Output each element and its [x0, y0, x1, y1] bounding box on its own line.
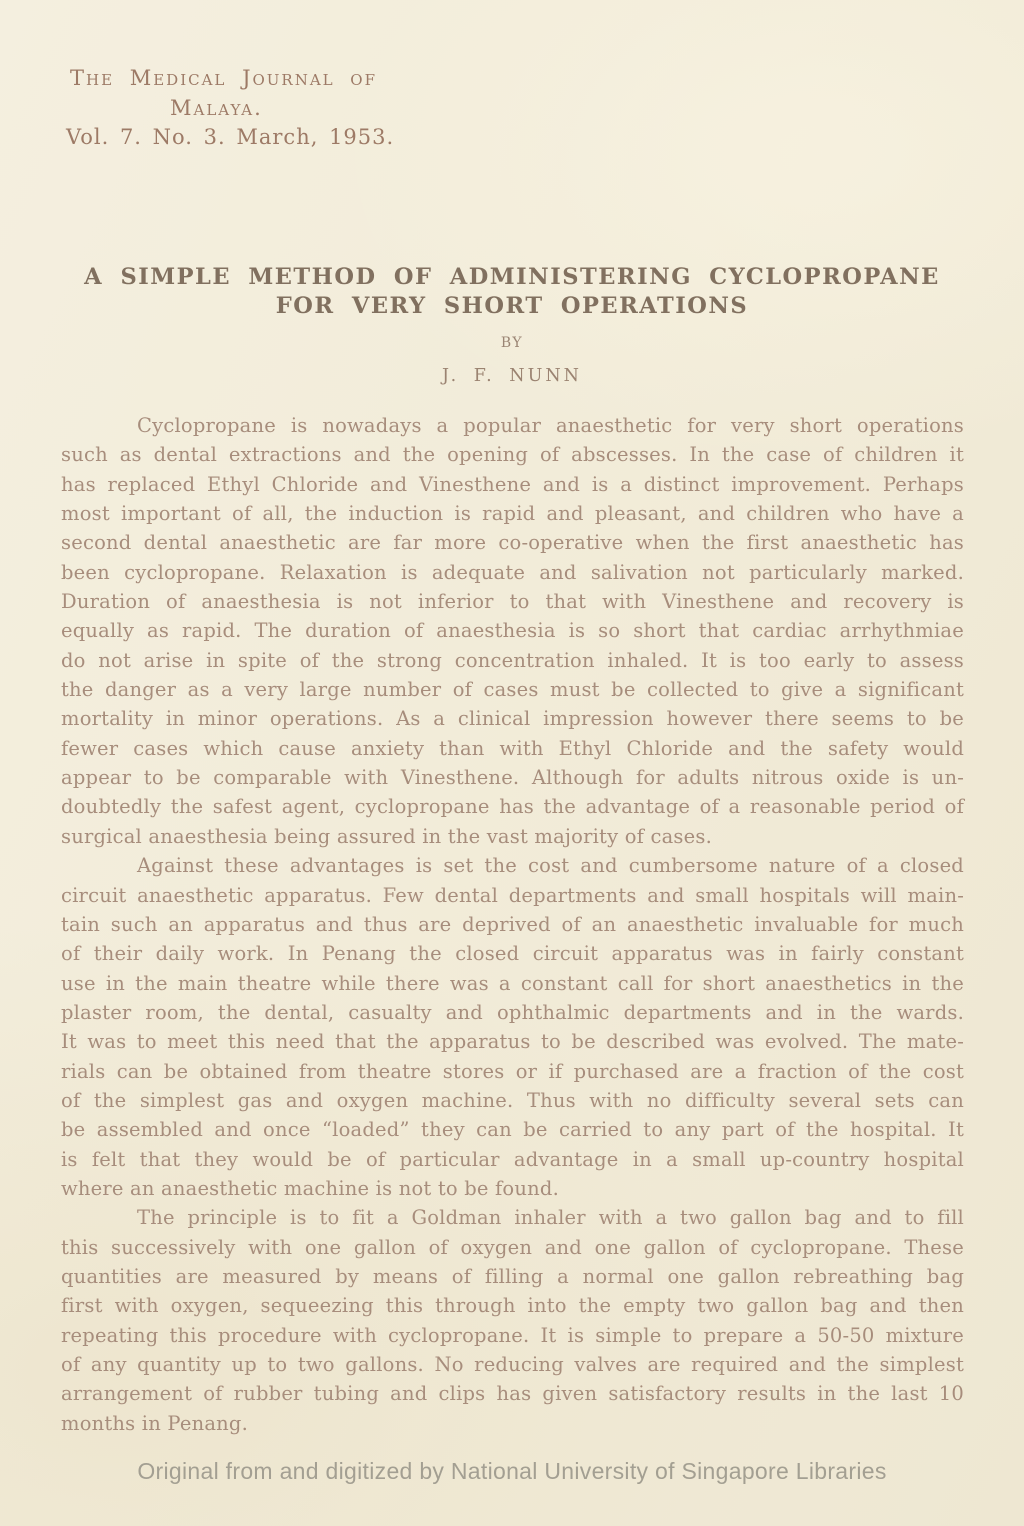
text-line: tain such an apparatus and thus are depr… [61, 910, 964, 939]
text-line: months in Penang. [61, 1409, 964, 1438]
text-line: do not arise in spite of the strong conc… [61, 646, 964, 675]
text-line: doubtedly the safest agent, cyclopropane… [61, 792, 964, 821]
text-line: been cyclopropane. Relaxation is adequat… [61, 558, 964, 587]
text-line: The principle is to fit a Goldman inhale… [61, 1203, 964, 1232]
text-line: mortality in minor operations. As a clin… [61, 704, 964, 733]
text-line: second dental anaesthetic are far more c… [61, 528, 964, 557]
text-line: the danger as a very large number of cas… [61, 675, 964, 704]
text-line: It was to meet this need that the appara… [61, 1027, 964, 1056]
text-line: fewer cases which cause anxiety than wit… [61, 734, 964, 763]
article-title-line1: A SIMPLE METHOD OF ADMINISTERING CYCLOPR… [0, 263, 1024, 292]
article-heading: A SIMPLE METHOD OF ADMINISTERING CYCLOPR… [0, 263, 1024, 386]
author-name: J. F. NUNN [0, 366, 1024, 386]
scanned-journal-page: The Medical Journal of Malaya. Vol. 7. N… [0, 0, 1024, 1526]
text-line: Against these advantages is set the cost… [61, 851, 964, 880]
paragraph: Against these advantages is set the cost… [61, 851, 964, 1203]
text-line: is felt that they would be of particular… [61, 1145, 964, 1174]
text-line: surgical anaesthesia being assured in th… [61, 822, 964, 851]
text-line: first with oxygen, sequeezing this throu… [61, 1291, 964, 1320]
text-line: of the simplest gas and oxygen machine. … [61, 1086, 964, 1115]
text-line: of any quantity up to two gallons. No re… [61, 1350, 964, 1379]
text-line: plaster room, the dental, casualty and o… [61, 998, 964, 1027]
journal-name: The Medical Journal of [66, 66, 394, 90]
byline-label: BY [0, 335, 1024, 351]
masthead: The Medical Journal of Malaya. Vol. 7. N… [66, 66, 394, 149]
article-title-line2: FOR VERY SHORT OPERATIONS [0, 292, 1024, 321]
text-line: this successively with one gallon of oxy… [61, 1233, 964, 1262]
text-line: Cyclopropane is nowadays a popular anaes… [61, 411, 964, 440]
text-line: arrangement of rubber tubing and clips h… [61, 1379, 964, 1408]
text-line: most important of all, the induction is … [61, 499, 964, 528]
issue-info: Vol. 7. No. 3. March, 1953. [66, 125, 394, 149]
text-line: has replaced Ethyl Chloride and Vinesthe… [61, 470, 964, 499]
text-line: equally as rapid. The duration of anaest… [61, 616, 964, 645]
text-line: circuit anaesthetic apparatus. Few denta… [61, 881, 964, 910]
paragraph: The principle is to fit a Goldman inhale… [61, 1203, 964, 1438]
text-line: quantities are measured by means of fill… [61, 1262, 964, 1291]
text-line: Duration of anaesthesia is not inferior … [61, 587, 964, 616]
digitization-footer: Original from and digitized by National … [0, 1458, 1024, 1485]
text-line: rials can be obtained from theatre store… [61, 1057, 964, 1086]
article-body: Cyclopropane is nowadays a popular anaes… [61, 411, 964, 1438]
paragraph: Cyclopropane is nowadays a popular anaes… [61, 411, 964, 851]
text-line: where an anaesthetic machine is not to b… [61, 1174, 964, 1203]
text-line: repeating this procedure with cyclopropa… [61, 1321, 964, 1350]
text-line: be assembled and once “loaded” they can … [61, 1115, 964, 1144]
text-line: use in the main theatre while there was … [61, 969, 964, 998]
text-line: of their daily work. In Penang the close… [61, 939, 964, 968]
text-line: such as dental extractions and the openi… [61, 440, 964, 469]
journal-name-line2: Malaya. [66, 96, 394, 120]
text-line: appear to be comparable with Vinesthene.… [61, 763, 964, 792]
